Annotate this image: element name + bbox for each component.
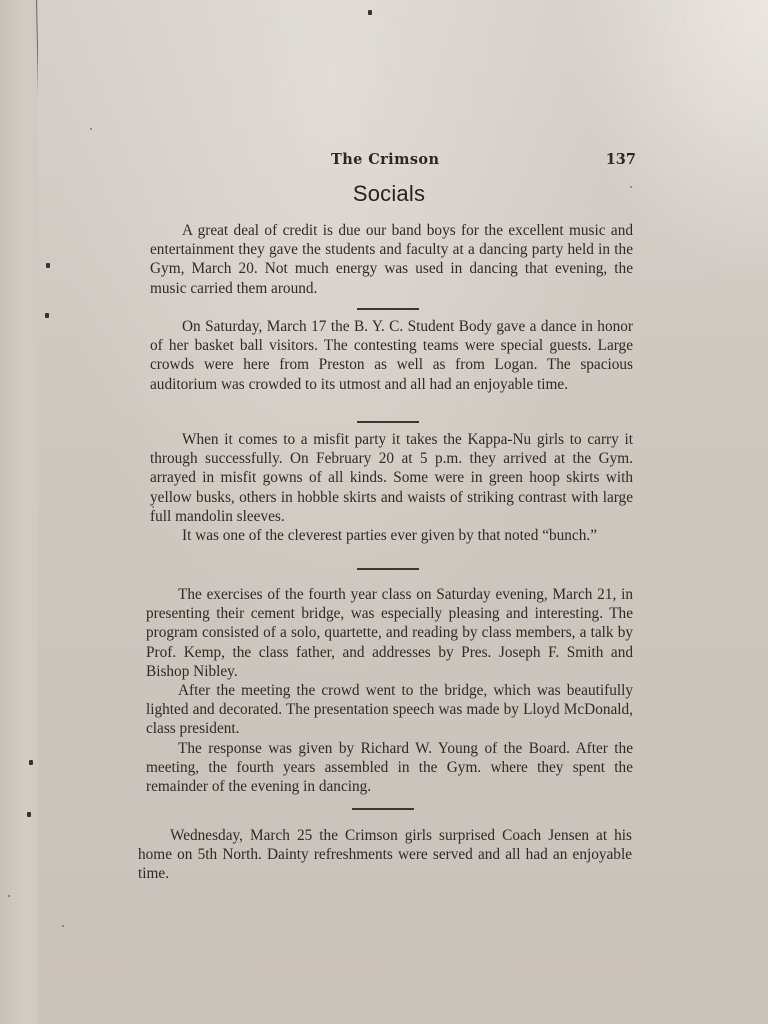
- staple-mark: [46, 263, 50, 268]
- article-paragraph: After the meeting the crowd went to the …: [146, 681, 633, 739]
- section-divider: [357, 308, 419, 310]
- section-divider: [357, 568, 419, 570]
- running-header: The Crimson 137: [331, 151, 636, 171]
- section-divider: [352, 808, 414, 810]
- article-band-party: A great deal of credit is due our band b…: [150, 221, 633, 298]
- paper-speck: [62, 925, 64, 927]
- paper-speck: [90, 128, 92, 130]
- article-paragraph: The response was given by Richard W. You…: [146, 739, 633, 797]
- article-fourth-year-exercises: The exercises of the fourth year class o…: [146, 585, 633, 796]
- article-paragraph: On Saturday, March 17 the B. Y. C. Stude…: [150, 317, 633, 394]
- section-title: Socials: [0, 181, 768, 207]
- page-number: 137: [606, 151, 636, 168]
- section-divider: [357, 421, 419, 423]
- article-paragraph: Wednesday, March 25 the Crimson girls su…: [138, 826, 632, 884]
- article-student-body-dance: On Saturday, March 17 the B. Y. C. Stude…: [150, 317, 633, 394]
- article-paragraph: When it comes to a misfit party it takes…: [150, 430, 633, 526]
- article-misfit-party: When it comes to a misfit party it takes…: [150, 430, 633, 545]
- binding-hole: [368, 10, 372, 15]
- running-title: The Crimson: [331, 151, 439, 168]
- article-paragraph: The exercises of the fourth year class o…: [146, 585, 633, 681]
- staple-mark: [29, 760, 33, 765]
- staple-mark: [45, 313, 49, 318]
- article-coach-surprise: Wednesday, March 25 the Crimson girls su…: [138, 826, 632, 884]
- staple-mark: [27, 812, 31, 817]
- article-paragraph: A great deal of credit is due our band b…: [150, 221, 633, 298]
- paper-speck: [8, 895, 10, 897]
- article-paragraph: It was one of the cleverest parties ever…: [150, 526, 633, 545]
